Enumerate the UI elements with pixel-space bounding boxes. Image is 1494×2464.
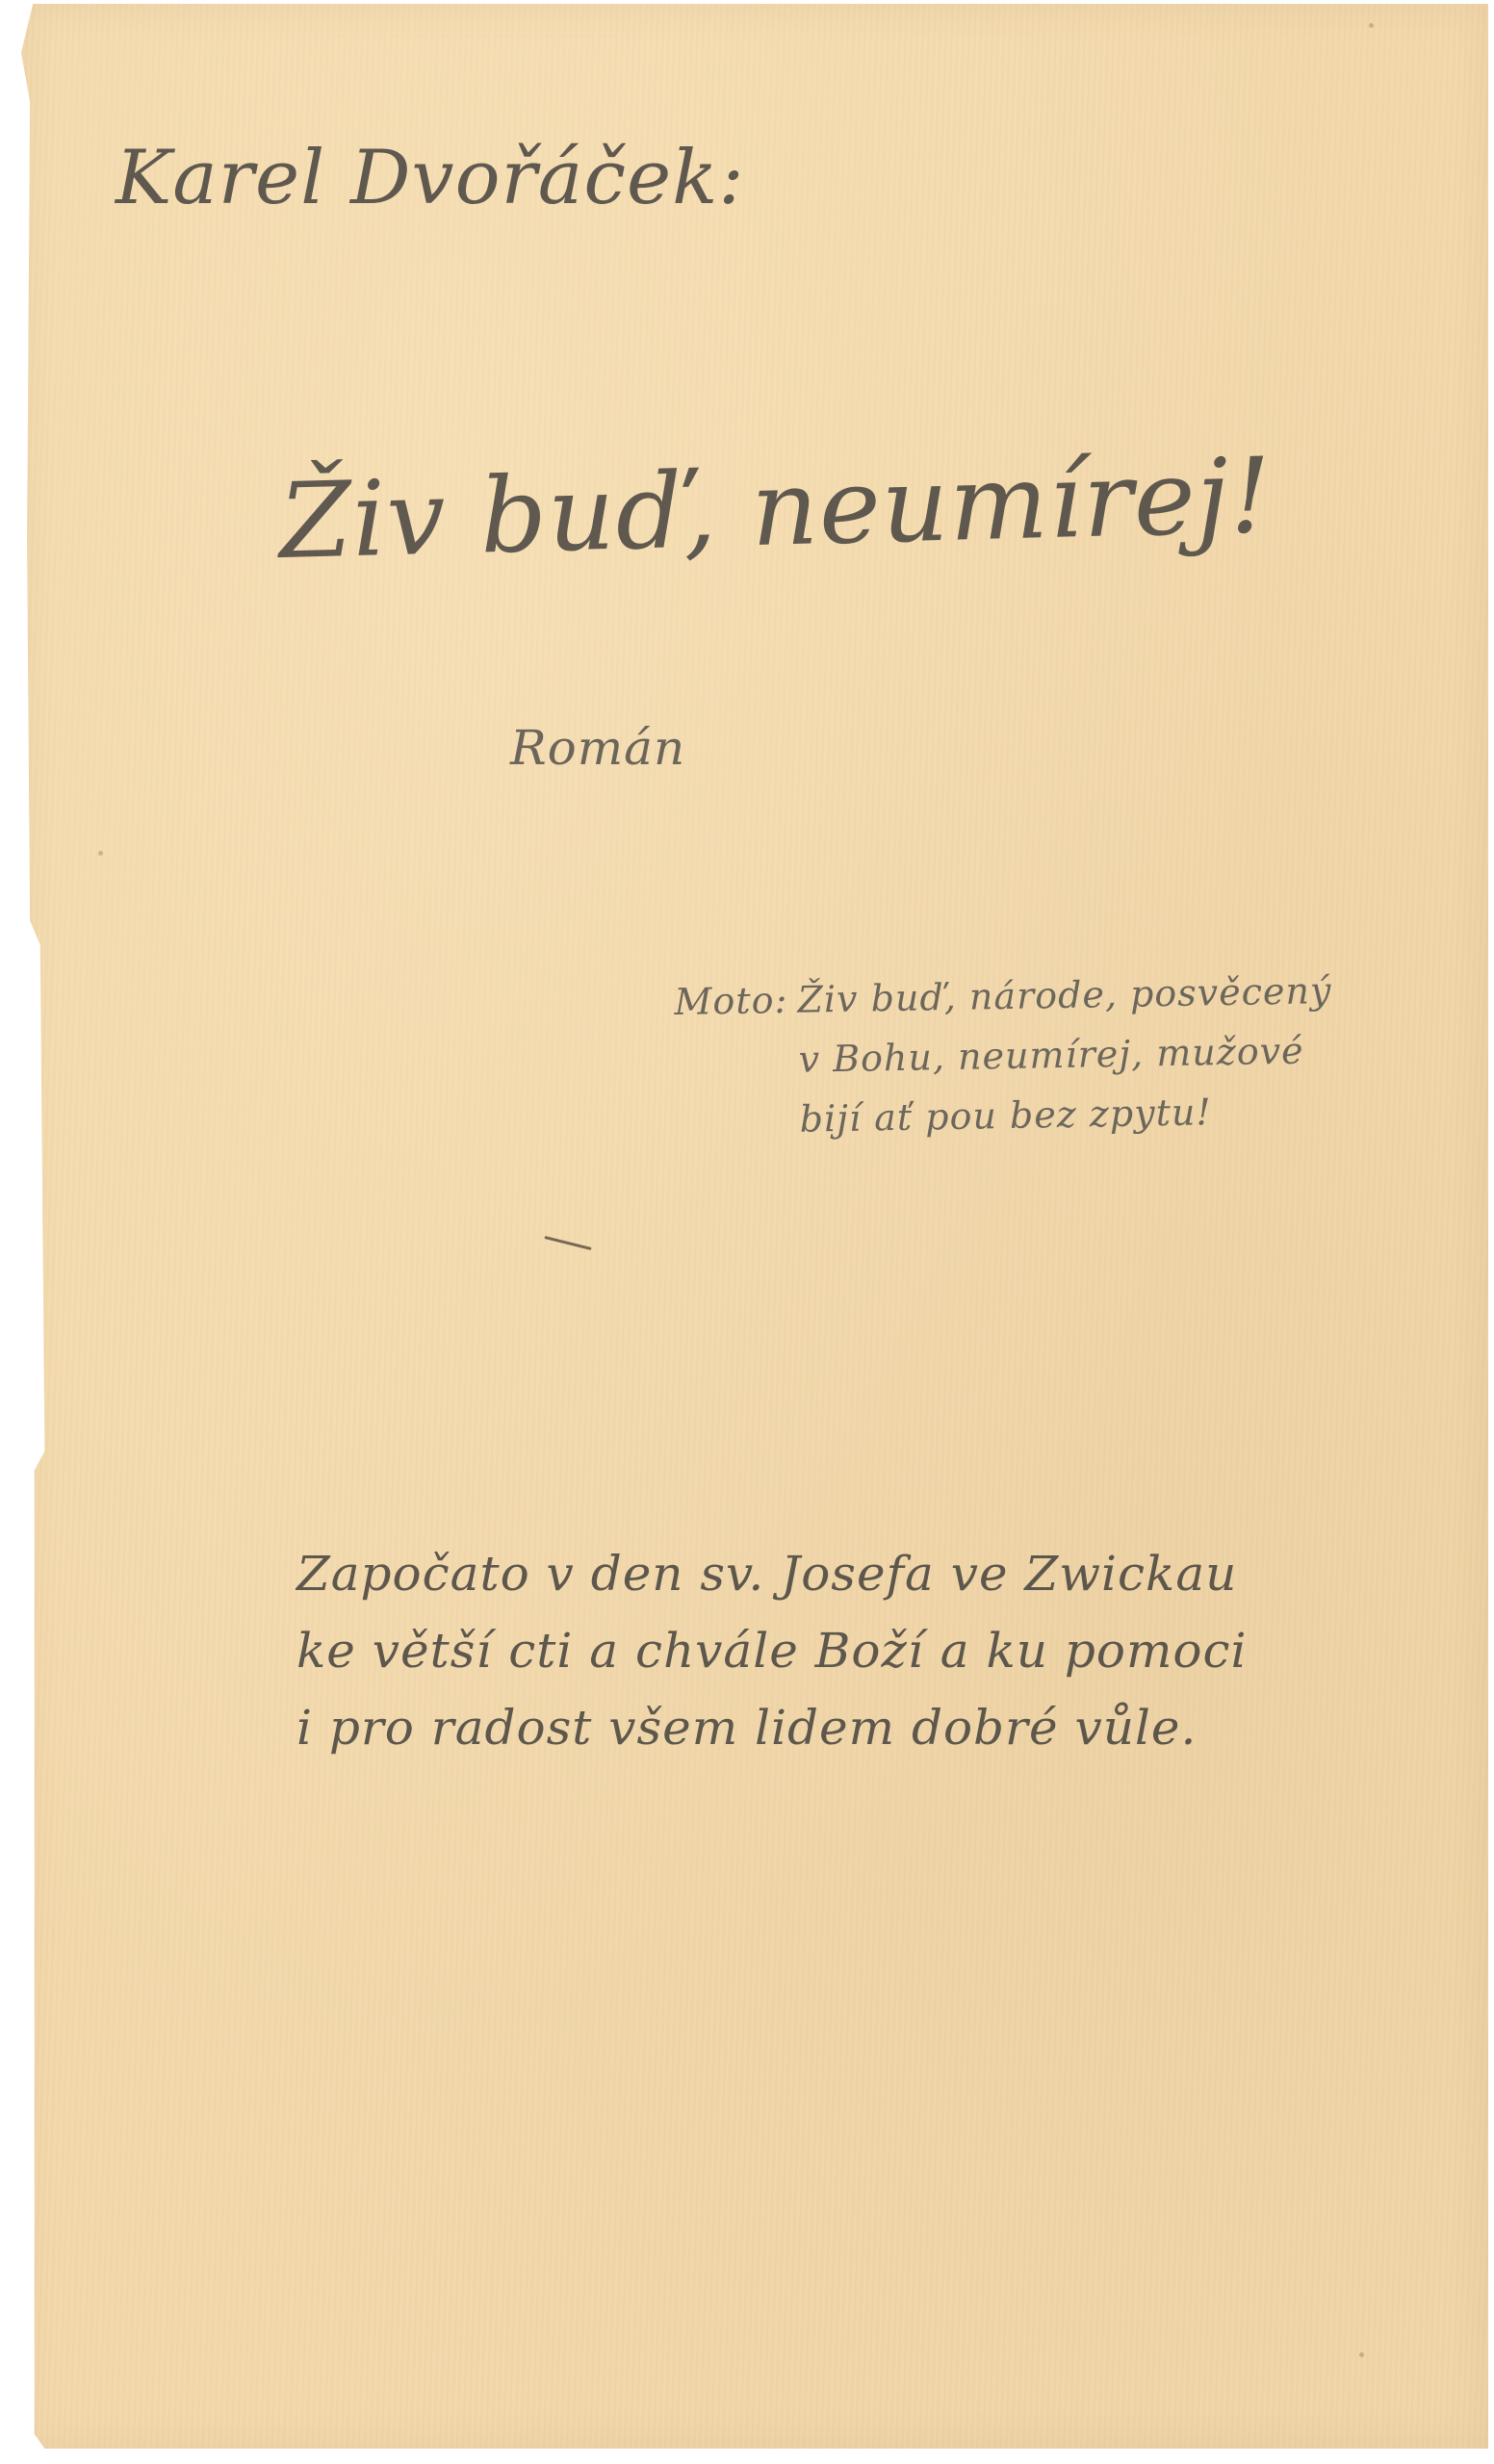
author-name: Karel Dvořáček: xyxy=(116,135,745,221)
dedication-line-1: Započato v den sv. Josefa ve Zwickau xyxy=(296,1535,1247,1612)
dedication-line-2: ke větší cti a chvále Boží a ku pomoci xyxy=(296,1612,1247,1689)
motto-line-3: bijí ať pou bez zpytu! xyxy=(676,1080,1334,1151)
motto-block: Moto:Živ buď, národe, posvěcený v Bohu, … xyxy=(674,961,1334,1151)
motto-label: Moto: xyxy=(674,970,798,1032)
dedication-block: Započato v den sv. Josefa ve Zwickau ke … xyxy=(296,1535,1247,1766)
dedication-line-3: i pro radost všem lidem dobré vůle. xyxy=(296,1689,1247,1766)
genre-label: Román xyxy=(510,720,685,776)
motto-line-2: v Bohu, neumírej, mužové xyxy=(675,1020,1333,1091)
paper-speck xyxy=(1359,2352,1364,2357)
motto-text-1: Živ buď, národe, posvěcený xyxy=(797,969,1332,1021)
paper-speck xyxy=(1369,23,1374,28)
paper-speck xyxy=(98,851,103,856)
manuscript-page xyxy=(21,4,1488,2449)
